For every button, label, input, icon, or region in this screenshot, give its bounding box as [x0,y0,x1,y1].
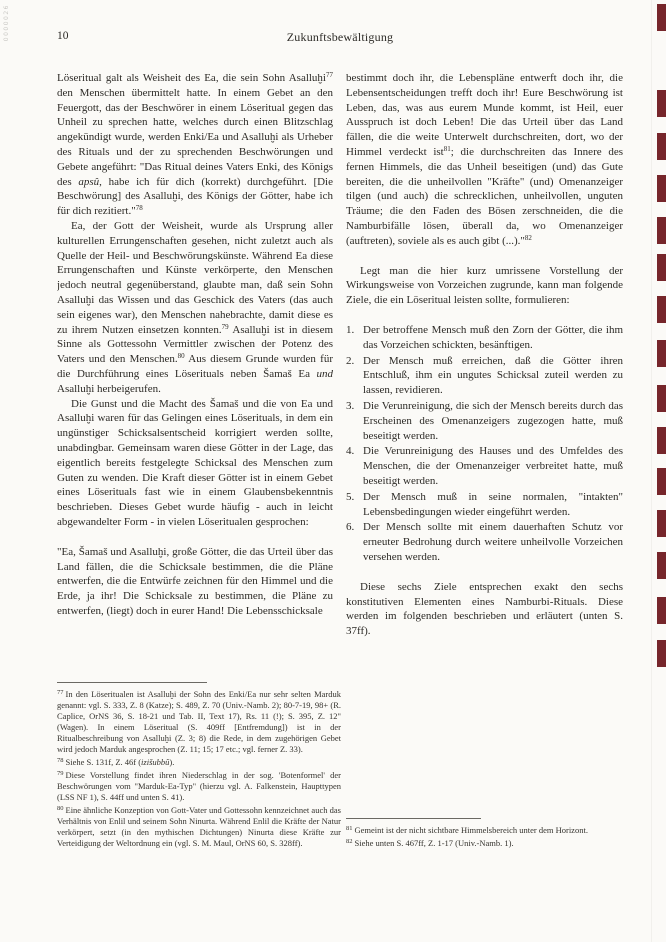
scan-color-tab [657,254,666,281]
list-item: 1.Der betroffene Mensch muß den Zorn der… [346,323,623,353]
footnote-reference: 78 [136,204,143,212]
scan-color-tab [657,4,666,31]
footnote-block-left: 77In den Löseritualen ist Asalluḫi der S… [57,682,341,849]
scan-color-tab [657,90,666,117]
list-item-number: 4. [346,444,363,488]
italic-term: izišubbû [141,757,169,767]
paragraph: Ea, der Gott der Weisheit, wurde als Urs… [57,219,333,397]
right-column-upper-paragraphs: bestimmt doch ihr, die Lebenspläne entwe… [346,71,623,308]
running-header-title: Zukunftsbewältigung [57,30,623,45]
scan-color-tab [657,217,666,244]
scan-color-tab [657,510,666,537]
text-run: Die Verunreinigung, die sich der Mensch … [363,400,623,442]
text-run: Ea, der Gott der Weisheit, wurde als Urs… [57,220,333,336]
list-item-number: 3. [346,399,363,443]
text-run: , habe ich für dich (korrekt) durchgefüh… [57,176,333,218]
list-item-number: 5. [346,490,363,520]
text-run: den Menschen übermittelt hatte. In einem… [57,87,333,188]
footnotes-right-list: 81Gemeint ist der nicht sichtbare Himmel… [346,823,630,849]
text-run: Asalluḫi herbeigerufen. [57,383,161,395]
list-item-text: Die Verunreinigung, die sich der Mensch … [363,399,623,443]
text-run: Diese Vorstellung findet ihren Niedersch… [57,770,341,802]
right-column-lower-paragraphs: Diese sechs Ziele entsprechen exakt den … [346,580,623,639]
scan-color-tab [657,468,666,495]
scan-color-tab [657,175,666,202]
footnote-marker: 78 [57,757,64,764]
footnote: 78Siehe S. 131f, Z. 46f (izišubbû). [57,755,341,768]
scan-color-tab [657,427,666,454]
list-item-number: 1. [346,323,363,353]
footnote-reference: 77 [326,71,333,79]
list-item: 3.Die Verunreinigung, die sich der Mensc… [346,399,623,443]
footnote: 81Gemeint ist der nicht sichtbare Himmel… [346,823,630,836]
ritual-goals-list: 1.Der betroffene Mensch muß den Zorn der… [346,323,623,565]
paragraph: Die Gunst und die Macht des Šamaš und di… [57,397,333,530]
paragraph: Diese sechs Ziele entsprechen exakt den … [346,580,623,639]
footnote-separator-rule [346,818,481,819]
scan-color-tab [657,340,666,367]
scan-edge-line [651,0,652,942]
text-run: "Ea, Šamaš und Asalluḫi, große Götter, d… [57,546,333,617]
footnote-separator-rule [57,682,207,683]
footnote: 77In den Löseritualen ist Asalluḫi der S… [57,687,341,755]
paragraph: Löseritual galt als Weisheit des Ea, die… [57,71,333,219]
left-text-column: Löseritual galt als Weisheit des Ea, die… [57,71,333,631]
scan-color-tab [657,133,666,160]
list-item-text: Der Mensch muß erreichen, daß die Götter… [363,354,623,398]
scan-color-tab [657,640,666,667]
list-item-text: Der Mensch sollte mit einem dauerhaften … [363,520,623,564]
text-run: Siehe S. 131f, Z. 46f ( [66,757,142,767]
text-run: Siehe unten S. 467ff, Z. 1-17 (Univ.-Nam… [355,838,514,848]
list-item-text: Der betroffene Mensch muß den Zorn der G… [363,323,623,353]
scan-color-tab [657,597,666,624]
footnote-marker: 82 [346,838,353,845]
paragraph: Legt man die hier kurz umrissene Vorstel… [346,264,623,308]
scan-color-tab [657,552,666,579]
footnote-reference: 82 [525,234,532,242]
right-text-column: bestimmt doch ihr, die Lebenspläne entwe… [346,71,623,651]
text-run: Der Mensch muß in seine normalen, "intak… [363,491,623,518]
footnote-reference: 81 [444,145,451,153]
text-run: In den Löseritualen ist Asalluḫi der Soh… [57,689,341,754]
text-run: Der Mensch muß erreichen, daß die Götter… [363,355,623,397]
footnote-reference: 80 [178,352,185,360]
footnote-block-right: 81Gemeint ist der nicht sichtbare Himmel… [346,818,630,849]
list-item: 6.Der Mensch sollte mit einem dauerhafte… [346,520,623,564]
footnote: 79Diese Vorstellung findet ihren Nieders… [57,768,341,803]
list-item-number: 2. [346,354,363,398]
paragraph: bestimmt doch ihr, die Lebenspläne entwe… [346,71,623,249]
scan-color-tab [657,296,666,323]
text-run: Löseritual galt als Weisheit des Ea, die… [57,72,326,84]
text-run: Der Mensch sollte mit einem dauerhaften … [363,521,623,563]
text-run: Eine ähnliche Konzeption von Gott-Vater … [57,805,341,848]
footnote-marker: 80 [57,805,64,812]
text-run: Legt man die hier kurz umrissene Vorstel… [346,265,623,307]
footnote-marker: 81 [346,825,353,832]
text-run: Die Verunreinigung des Hauses und des Um… [363,445,623,487]
text-run: Diese sechs Ziele entsprechen exakt den … [346,581,623,637]
list-item: 2.Der Mensch muß erreichen, daß die Gött… [346,354,623,398]
footnote-marker: 77 [57,689,64,696]
scanned-book-page: 0000026 10 Zukunftsbewältigung Löseritua… [0,0,666,942]
footnote-reference: 79 [222,323,229,331]
text-run: ). [169,757,174,767]
italic-term: und [317,368,334,380]
list-item-number: 6. [346,520,363,564]
text-run: Gemeint ist der nicht sichtbare Himmelsb… [355,825,588,835]
footnotes-left-list: 77In den Löseritualen ist Asalluḫi der S… [57,687,341,849]
scan-corner-artifact-text: 0000026 [3,4,10,41]
text-run: ; die durchschreiten das Innere des fern… [346,146,623,247]
footnote: 80Eine ähnliche Konzeption von Gott-Vate… [57,803,341,849]
text-run: Der betroffene Mensch muß den Zorn der G… [363,324,623,351]
italic-term: apsû [78,176,99,188]
list-item: 4.Die Verunreinigung des Hauses und des … [346,444,623,488]
footnote-marker: 79 [57,770,64,777]
paragraph: "Ea, Šamaš und Asalluḫi, große Götter, d… [57,545,333,619]
scan-color-tab [657,385,666,412]
list-item: 5.Der Mensch muß in seine normalen, "int… [346,490,623,520]
footnote: 82Siehe unten S. 467ff, Z. 1-17 (Univ.-N… [346,836,630,849]
list-item-text: Der Mensch muß in seine normalen, "intak… [363,490,623,520]
list-item-text: Die Verunreinigung des Hauses und des Um… [363,444,623,488]
text-run: Die Gunst und die Macht des Šamaš und di… [57,398,333,528]
